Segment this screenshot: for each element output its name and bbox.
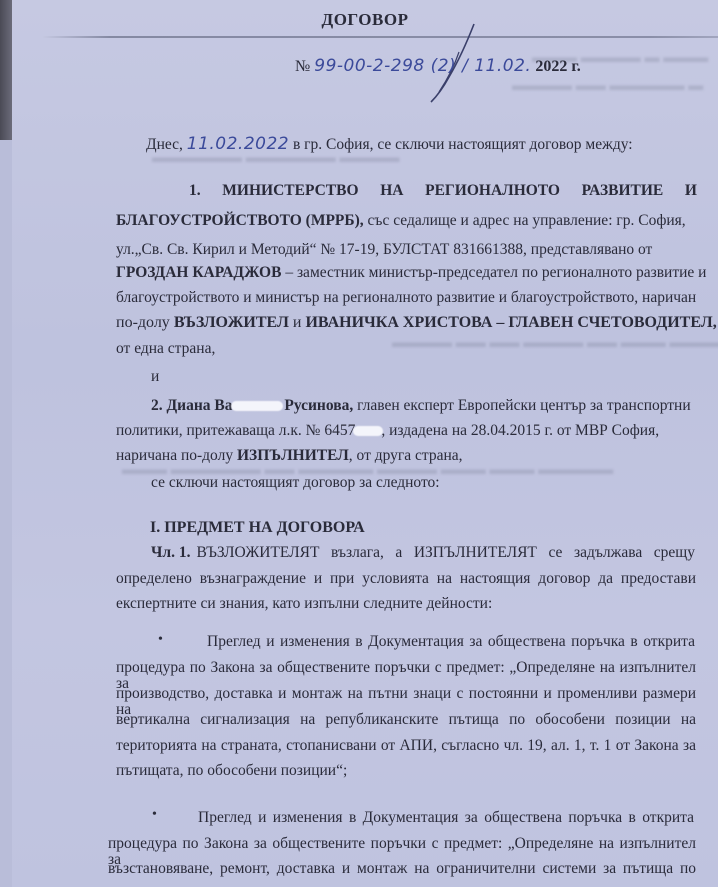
handwritten-date: 11.02.2022: [187, 134, 289, 154]
party2-line1: 2. Диана Ва Русинова, главен експерт Евр…: [151, 398, 691, 414]
representative-title: – заместник министър-председател по реги…: [285, 264, 706, 281]
party1-line5: благоустройството и министър на регионал…: [116, 290, 696, 306]
party1-number: 1.: [189, 183, 201, 199]
bullet-text: вертикална сигнализация на републикански…: [116, 712, 696, 728]
bleed-through-text: ▬▬▬▬ ▬▬ ▬▬▬▬▬ ▬: [512, 78, 703, 95]
bullet-text: Преглед и изменения в Документация за об…: [207, 634, 695, 650]
party1-word: И: [685, 183, 697, 199]
article1-line3: експертните си знания, като изпълни след…: [116, 596, 492, 612]
redacted-middle-name: [231, 401, 283, 411]
intro-prefix: Днес,: [146, 136, 183, 153]
id-card-text: политики, притежаваща л.к. № 6457: [116, 422, 355, 439]
bullet-text: Преглед и изменения в Документация за об…: [198, 810, 694, 826]
party1-line6-pre: по-долу: [116, 314, 170, 331]
bullet2-line1: Преглед и изменения в Документация за об…: [198, 810, 694, 826]
party1-line7: от една страна,: [116, 341, 215, 357]
party1-word: РЕГИОНАЛНОТО: [425, 183, 560, 199]
party1-word: НА: [380, 183, 403, 199]
bullet1-line4: вертикална сигнализация на републикански…: [116, 712, 696, 728]
contract-number: № 99-00-2-298 (2) / 11.02. 2022 г.: [295, 56, 581, 76]
party1-word: МИНИСТЕРСТВО: [222, 183, 358, 199]
contractor-position: главен експерт Европейски център за тран…: [357, 397, 691, 414]
party1-line2: БЛАГОУСТРОЙСТВОТО (МРРБ), със седалище и…: [116, 213, 686, 229]
party2-line3-rest: , от друга страна,: [349, 447, 463, 464]
party1-line1: 1. МИНИСТЕРСТВО НА РЕГИОНАЛНОТО РАЗВИТИЕ…: [189, 183, 697, 199]
article1-text: определено възнаграждение и при условият…: [116, 571, 696, 587]
handwritten-contract-date: 11.02.: [474, 56, 531, 76]
article1-line1: Чл. 1. ВЪЗЛОЖИТЕЛЯТ възлага, а ИЗПЪЛНИТЕ…: [151, 545, 695, 561]
agreement-line: се сключи настоящият договор за следното…: [151, 475, 440, 491]
intro-suffix: в гр. София, се сключи настоящият догово…: [293, 136, 633, 153]
contractor-name-part: 2. Диана Ва: [151, 397, 233, 414]
party1-line6: по-долу ВЪЗЛОЖИТЕЛ и ИВАНИЧКА ХРИСТОВА –…: [116, 315, 717, 331]
party2-line3-pre: наричана по-долу: [116, 447, 233, 464]
party2-line3: наричана по-долу ИЗПЪЛНИТЕЛ, от друга ст…: [116, 448, 463, 464]
bullet2-line3: възстановяване, ремонт, доставка и монта…: [108, 861, 696, 877]
role-contracting-authority: ВЪЗЛОЖИТЕЛ: [174, 314, 289, 331]
contractor-surname: Русинова,: [284, 397, 353, 414]
number-sign: №: [295, 58, 310, 75]
intro-line: Днес, 11.02.2022 в гр. София, се сключи …: [146, 136, 633, 153]
document-title: ДОГОВОР: [12, 10, 718, 30]
party1-line3: ул.„Св. Св. Кирил и Методий“ № 17-19, БУ…: [116, 242, 652, 258]
bullet1-line5: територията на страната, стопанисвани от…: [116, 738, 696, 754]
article1-line2: определено възнаграждение и при условият…: [116, 571, 696, 587]
id-issued-text: , издадена на 28.04.2015 г. от МВР София…: [381, 422, 659, 439]
bullet-text: територията на страната, стопанисвани от…: [116, 738, 696, 754]
party1-line4: ГРОЗДАН КАРАДЖОВ – заместник министър-пр…: [116, 265, 706, 281]
representative-name: ГРОЗДАН КАРАДЖОВ: [116, 264, 281, 281]
bullet-icon: •: [158, 632, 163, 648]
photo-edge-shadow: [0, 0, 12, 140]
chief-accountant: ИВАНИЧКА ХРИСТОВА – ГЛАВЕН СЧЕТОВОДИТЕЛ,: [305, 314, 716, 331]
bullet1-line6: пътищата, по обособени позиции“;: [116, 763, 347, 779]
redacted-id-number: [353, 426, 383, 436]
paper-fold-line: [42, 36, 718, 38]
ministry-address-text: със седалище и адрес на управление: гр. …: [368, 212, 686, 229]
role-contractor: ИЗПЪЛНИТЕЛ: [237, 447, 349, 464]
party1-line6-mid: и: [293, 314, 302, 331]
article1-text: ВЪЗЛОЖИТЕЛЯТ възлага, а ИЗПЪЛНИТЕЛЯТ се …: [196, 545, 695, 561]
conjunction: и: [151, 369, 159, 385]
bullet1-line1: Преглед и изменения в Документация за об…: [207, 634, 695, 650]
bullet-text: възстановяване, ремонт, доставка и монта…: [108, 861, 696, 877]
handwritten-contract-number: 99-00-2-298 (2): [314, 56, 456, 76]
bleed-through-text: ▬▬▬▬ ▬▬ ▬▬ ▬▬▬▬ ▬▬ ▬▬▬ ▬▬▬▬▬: [392, 335, 718, 352]
document-page: ▬▬▬ ▬▬▬▬ ▬ ▬▬▬ ▬▬▬▬ ▬▬ ▬▬▬▬▬ ▬ ▬▬▬▬▬▬ ▬▬…: [12, 0, 718, 887]
party2-line2: политики, притежаваща л.к. № 6457, издад…: [116, 423, 659, 439]
bullet-icon: •: [152, 807, 157, 823]
ministry-name: БЛАГОУСТРОЙСТВОТО (МРРБ),: [116, 212, 364, 229]
section-heading: I. ПРЕДМЕТ НА ДОГОВОРА: [150, 520, 365, 536]
party1-word: РАЗВИТИЕ: [582, 183, 664, 199]
article-label: Чл. 1.: [151, 545, 190, 561]
contract-year: 2022 г.: [535, 58, 580, 75]
